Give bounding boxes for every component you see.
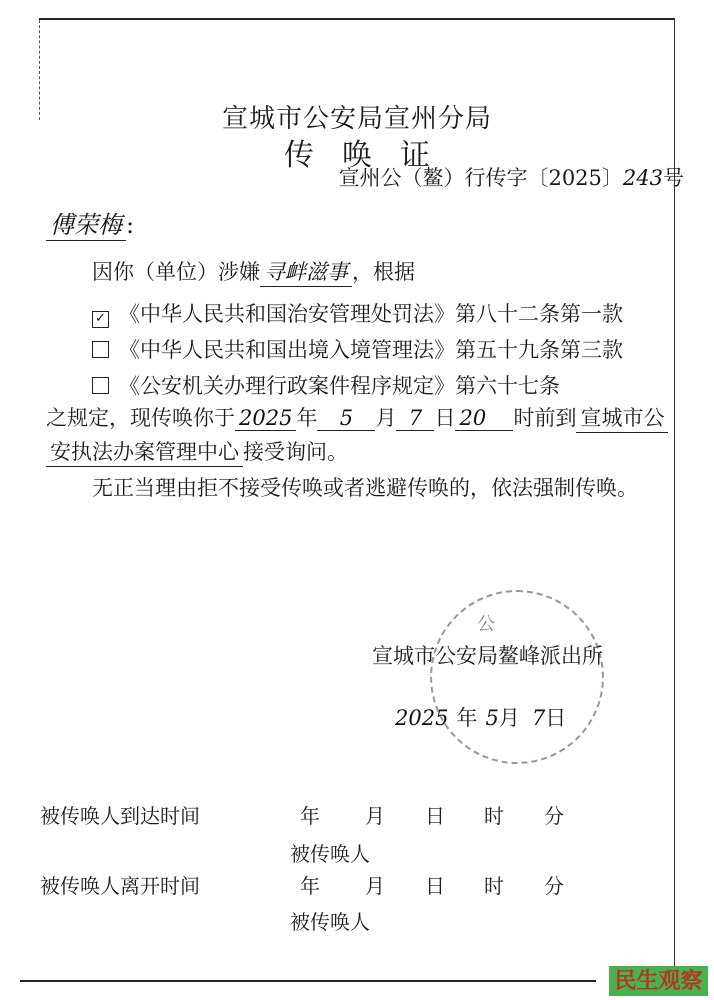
summons-prefix: 之规定，现传唤你于	[46, 406, 235, 430]
doc-number-handwritten: 243	[623, 166, 663, 190]
watermark-badge: 民生观察	[609, 966, 708, 996]
issue-month-label: 月	[499, 706, 520, 730]
legal-basis-item: 《公安机关办理行政案件程序规定》第六十七条	[92, 370, 560, 400]
summons-hour: 20	[455, 406, 513, 431]
addressee-line: 傅荣梅:	[46, 205, 134, 241]
form-border-top	[39, 18, 675, 20]
summons-year: 2025	[235, 406, 296, 431]
warning-text: 无正当理由拒不接受传唤或者逃避传唤的，依法强制传唤。	[92, 472, 638, 502]
day-label: 日	[434, 406, 455, 430]
seal-text: 公	[477, 610, 495, 636]
legal-basis-text: 《中华人民共和国出境入境管理法》第五十九条第三款	[119, 338, 623, 362]
issuer-name: 宣城市公安局鳌峰派出所	[372, 640, 603, 670]
unit-day: 日	[425, 870, 445, 899]
unit-hour: 时	[484, 870, 504, 899]
doc-number-prefix: 宣州公（鳌）行传字〔2025〕	[338, 166, 622, 190]
addressee-colon: :	[126, 211, 134, 239]
reason-prefix: 因你（单位）涉嫌	[92, 260, 260, 284]
reason-line: 因你（单位）涉嫌寻衅滋事，根据	[92, 256, 415, 287]
reason-suffix: ，根据	[352, 260, 415, 284]
issue-day-label: 日	[545, 706, 566, 730]
arrival-time-units: 年 月 日 时 分	[0, 800, 714, 824]
summons-location-part2: 安执法办案管理中心	[46, 436, 243, 467]
checkbox-checked-icon: ✓	[92, 311, 109, 328]
issue-month: 5	[485, 706, 498, 730]
summons-line: 之规定，现传唤你于2025年5月7日20时前到宣城市公	[46, 402, 668, 433]
checkbox-unchecked-icon	[92, 341, 109, 358]
summons-day: 7	[396, 406, 434, 431]
issue-day: 7	[532, 706, 545, 730]
legal-basis-text: 《中华人民共和国治安管理处罚法》第八十二条第一款	[119, 302, 623, 326]
arrival-signature-label: 被传唤人	[290, 838, 370, 867]
departure-time-units: 年 月 日 时 分	[0, 870, 714, 894]
addressee-name: 傅荣梅	[46, 205, 126, 241]
unit-day: 日	[425, 800, 445, 829]
unit-month: 月	[365, 800, 385, 829]
summons-line-continued: 安执法办案管理中心接受询问。	[46, 436, 348, 467]
year-label: 年	[296, 406, 317, 430]
month-label: 月	[375, 406, 396, 430]
legal-basis-item: ✓《中华人民共和国治安管理处罚法》第八十二条第一款	[92, 298, 623, 328]
unit-hour: 时	[484, 800, 504, 829]
issue-year-label: 年	[456, 706, 477, 730]
issue-date: 2025年5月7日	[395, 702, 566, 732]
offense-handwritten: 寻衅滋事	[260, 256, 352, 287]
unit-minute: 分	[544, 800, 564, 829]
form-border-bottom	[20, 980, 596, 982]
unit-year: 年	[300, 800, 320, 829]
summons-month: 5	[317, 406, 375, 431]
hour-label: 时前到	[513, 406, 576, 430]
legal-basis-text: 《公安机关办理行政案件程序规定》第六十七条	[119, 374, 560, 398]
document-number: 宣州公（鳌）行传字〔2025〕243号	[338, 162, 684, 192]
checkbox-unchecked-icon	[92, 377, 109, 394]
unit-year: 年	[300, 870, 320, 899]
doc-number-suffix: 号	[663, 166, 684, 190]
legal-basis-item: 《中华人民共和国出境入境管理法》第五十九条第三款	[92, 334, 623, 364]
issue-year: 2025	[395, 706, 448, 730]
summons-location-part1: 宣城市公	[576, 402, 668, 433]
unit-minute: 分	[544, 870, 564, 899]
summons-suffix: 接受询问。	[243, 440, 348, 464]
departure-signature-label: 被传唤人	[290, 906, 370, 935]
unit-month: 月	[365, 870, 385, 899]
official-seal: 公	[430, 590, 604, 764]
